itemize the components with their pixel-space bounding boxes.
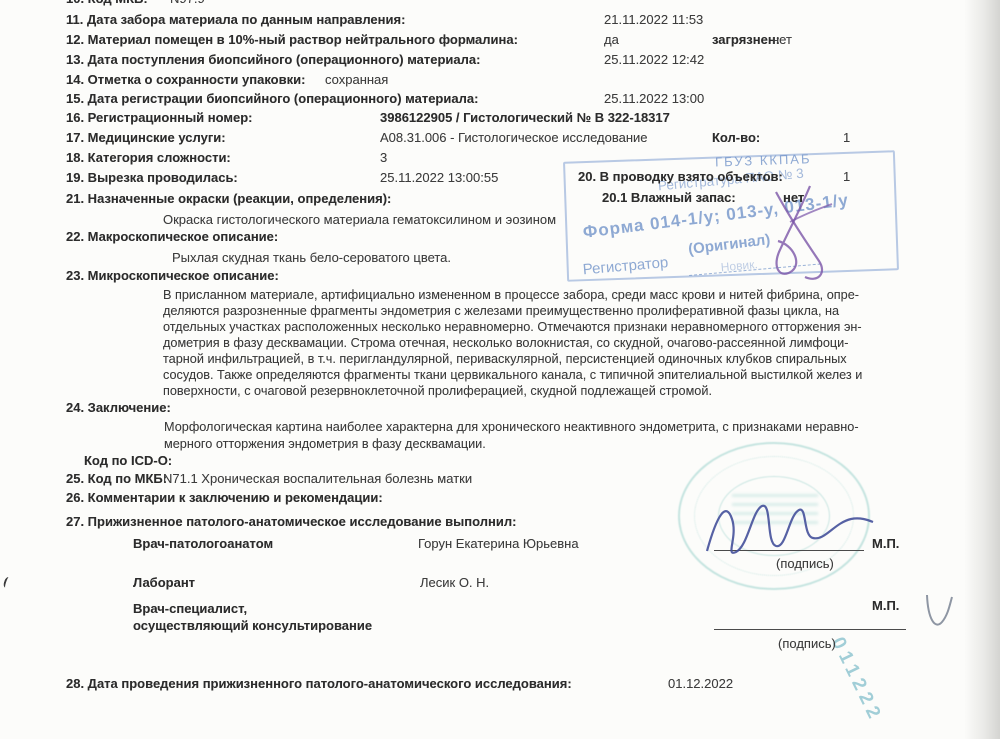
microscopic-description-text: В присланном материале, артифициально из…	[163, 287, 875, 399]
field-12-contaminated-value: нет	[772, 32, 792, 47]
field-28-label: 28. Дата проведения прижизненного патоло…	[66, 676, 572, 691]
scan-page-edge	[964, 0, 1000, 739]
field-15-value: 25.11.2022 13:00	[604, 91, 704, 106]
field-17-value: А08.31.006 - Гистологическое исследовани…	[380, 130, 648, 145]
scanned-document-page: 10. Код МКБ: N97.9 11. Дата забора матер…	[0, 0, 1000, 739]
stamp-registrar-label: Регистратор	[582, 254, 669, 278]
pen-check-mark	[922, 593, 958, 635]
consult-role-line2: осуществляющий консультирование	[133, 618, 372, 633]
field-13-label: 13. Дата поступления биопсийного (операц…	[66, 52, 480, 67]
field-26-label: 26. Комментарии к заключению и рекоменда…	[66, 490, 383, 505]
field-18-value: 3	[380, 150, 387, 165]
lab-role-label: Лаборант	[133, 575, 195, 590]
mp-label-2: М.П.	[872, 598, 899, 613]
field-23-label: 23. Микроскопическое описание:	[66, 268, 279, 283]
signature-line-2	[714, 629, 906, 630]
lab-name: Лесик О. Н.	[420, 575, 489, 590]
field-27-label: 27. Прижизненное патолого-анатомическое …	[66, 514, 516, 529]
field-12-value: да	[604, 32, 619, 47]
field-16-label: 16. Регистрационный номер:	[66, 110, 253, 125]
ink-speck	[2, 576, 11, 588]
field-11-label: 11. Дата забора материала по данным напр…	[66, 12, 405, 27]
icd-o-label: Код по ICD-O:	[84, 453, 172, 468]
consult-role-line1: Врач-специалист,	[133, 601, 247, 616]
field-12-label: 12. Материал помещен в 10%-ный раствор н…	[66, 32, 518, 47]
field-14-value: сохранная	[325, 72, 388, 87]
field-24-label: 24. Заключение:	[66, 400, 171, 415]
field-16-value: 3986122905 / Гистологический № В 322-183…	[380, 110, 670, 125]
signature-caption-2: (подпись)	[778, 636, 836, 651]
field-25-label: 25. Код по МКБ:	[66, 471, 167, 486]
pathologist-role-label: Врач-патологоанатом	[133, 536, 273, 551]
field-18-label: 18. Категория сложности:	[66, 150, 231, 165]
field-17-qty-value: 1	[843, 130, 850, 145]
field-21-label: 21. Назначенные окраски (реакции, опреде…	[66, 191, 391, 206]
pathologist-name: Горун Екатерина Юрьевна	[418, 536, 579, 551]
field-10-value: N97.9	[170, 0, 205, 6]
field-28-value: 01.12.2022	[668, 676, 733, 691]
field-17-label: 17. Медицинские услуги:	[66, 130, 226, 145]
stamp-signature	[748, 182, 858, 287]
field-19-label: 19. Вырезка проводилась:	[66, 170, 238, 185]
field-15-label: 15. Дата регистрации биопсийного (операц…	[66, 91, 478, 106]
field-19-value: 25.11.2022 13:00:55	[380, 170, 498, 185]
field-20-1-label: 20.1 Влажный запас:	[602, 190, 736, 205]
field-10-label: 10. Код МКБ:	[66, 0, 148, 6]
field-17-qty-label: Кол-во:	[712, 130, 760, 145]
pathologist-signature	[703, 493, 878, 563]
field-12-contaminated-label: загрязнен:	[712, 32, 780, 47]
field-21-value: Окраска гистологического материала гемат…	[163, 212, 556, 227]
field-14-label: 14. Отметка о сохранности упаковки:	[66, 72, 305, 87]
conclusion-text: Морфологическая картина наиболее характе…	[164, 419, 884, 452]
field-13-value: 25.11.2022 12:42	[604, 52, 704, 67]
field-25-value: N71.1 Хроническая воспалительная болезнь…	[163, 471, 472, 486]
field-11-value: 21.11.2022 11:53	[604, 12, 703, 27]
field-22-label: 22. Макроскопическое описание:	[66, 229, 278, 244]
field-22-value: Рыхлая скудная ткань бело-сероватого цве…	[172, 250, 451, 265]
